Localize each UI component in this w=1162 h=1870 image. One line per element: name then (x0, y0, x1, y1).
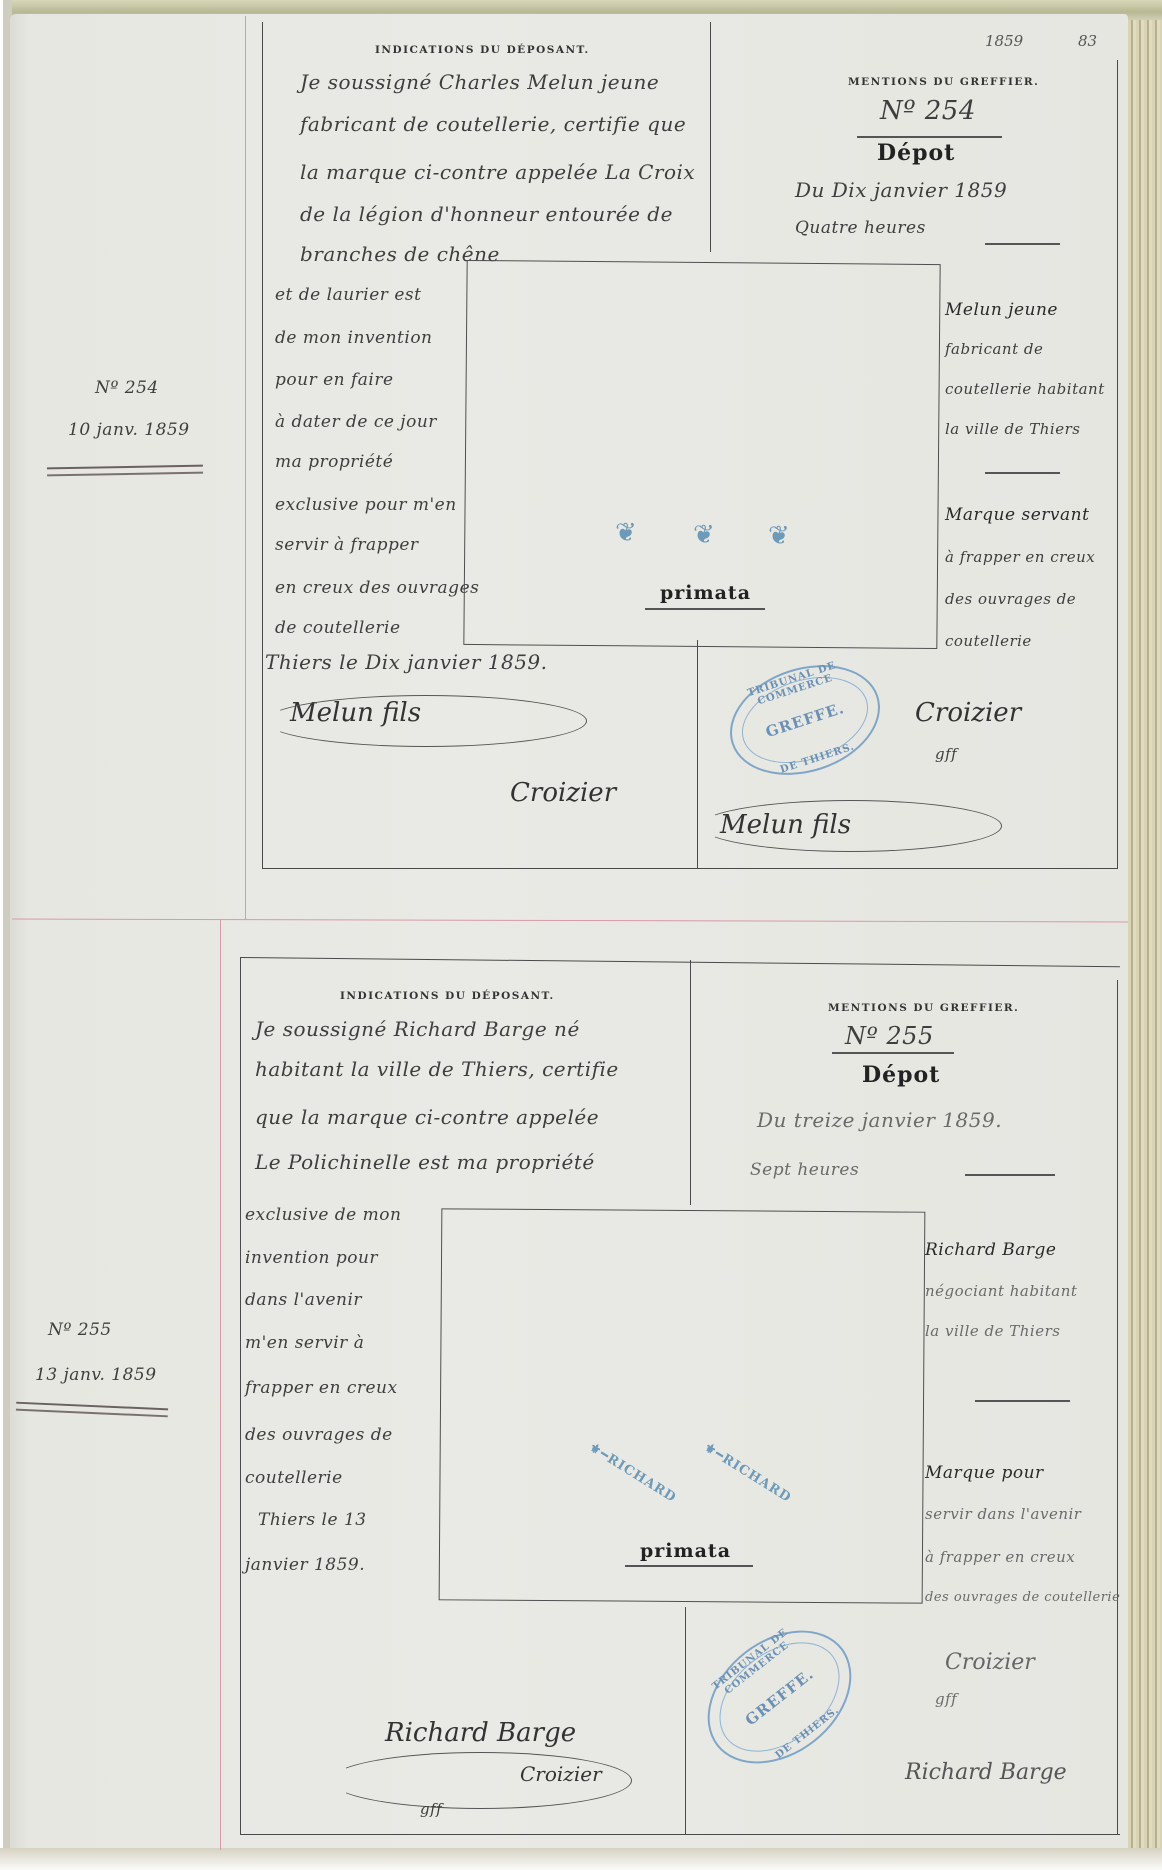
form-right-border (1117, 980, 1118, 1834)
depositor-countersignature: Richard Barge (905, 1760, 1067, 1785)
column-divider-bottom (697, 640, 698, 868)
greffier-depositor-line: la ville de Thiers (945, 420, 1080, 438)
deposant-line: des ouvrages de (245, 1425, 393, 1445)
margin-entry-date: 13 janv. 1859 (35, 1365, 157, 1385)
column-divider-top (690, 960, 691, 1205)
deposant-line: Je soussigné Richard Barge né (255, 1017, 580, 1041)
margin-entry-number: Nº 255 (48, 1320, 112, 1340)
greffier-number-rule (832, 1052, 954, 1054)
page-stack-edge (1128, 20, 1162, 1870)
clerk-initials: gff (935, 1690, 957, 1708)
deposant-line: Je soussigné Charles Melun jeune (300, 70, 659, 94)
deposant-line: de la légion d'honneur entourée de (300, 202, 673, 226)
deposant-line: habitant la ville de Thiers, certifie (255, 1057, 619, 1081)
greffier-mark-line: des ouvrages de coutellerie (925, 1590, 1120, 1605)
deposant-line: en creux des ouvrages (275, 578, 479, 598)
greffier-depositor-line: coutellerie habitant (945, 380, 1105, 398)
folio-year: 1859 (985, 32, 1023, 50)
greffier-section-rule (985, 472, 1060, 474)
margin-entry-number: Nº 254 (95, 378, 159, 398)
margin-entry-date: 10 janv. 1859 (68, 420, 190, 440)
wreath-mark-icon: ❦ (768, 523, 790, 549)
deposant-line: frapper en creux (245, 1378, 398, 1398)
deposant-line: que la marque ci-contre appelée (255, 1105, 599, 1129)
greffier-time: Quatre heures (795, 218, 926, 238)
greffier-date: Du treize janvier 1859. (757, 1108, 1002, 1132)
margin-rule-vertical-top (245, 16, 246, 920)
signature-flourish (265, 695, 587, 747)
column-divider-top (710, 22, 711, 252)
greffier-number: Nº 254 (880, 96, 976, 126)
mark-label-rule (625, 1565, 753, 1567)
deposant-place-date: Thiers le Dix janvier 1859. (265, 650, 548, 674)
deposant-line: servir à frapper (275, 535, 419, 555)
greffier-depositor-line: la ville de Thiers (925, 1322, 1060, 1340)
mark-label-rule (645, 608, 765, 610)
greffier-time-rule (985, 243, 1060, 245)
depositor-signature: Richard Barge (385, 1718, 576, 1748)
clerk-signature: Croizier (915, 698, 1021, 728)
folio-number: 83 (1078, 32, 1097, 50)
greffier-depositor-line: Richard Barge (925, 1240, 1056, 1260)
greffier-mark-line: à frapper en creux (925, 1548, 1075, 1566)
greffier-title: Dépot (862, 1062, 940, 1088)
deposant-line: de mon invention (275, 328, 433, 348)
deposant-line: la marque ci-contre appelée La Croix (300, 160, 695, 184)
deposant-line: de coutellerie (275, 618, 401, 638)
greffier-mark-line: Marque servant (945, 505, 1089, 525)
clerk-signature-lower: Croizier (520, 1762, 602, 1786)
form-left-border (240, 957, 241, 1834)
deposant-line: ma propriété (275, 452, 393, 472)
deposant-header: INDICATIONS DU DÉPOSANT. (375, 44, 590, 56)
greffier-section-rule (975, 1400, 1070, 1402)
greffier-mark-line: Marque pour (925, 1463, 1044, 1483)
clerk-signature: Croizier (945, 1650, 1035, 1675)
deposant-line: pour en faire (275, 370, 394, 390)
greffier-depositor-line: Melun jeune (945, 300, 1058, 320)
form-right-border (1117, 60, 1118, 868)
column-divider-bottom (685, 1607, 686, 1834)
deposant-line: dans l'avenir (245, 1290, 362, 1310)
deposant-line: Le Polichinelle est ma propriété (255, 1150, 595, 1174)
deposant-line: à dater de ce jour (275, 412, 437, 432)
greffier-mark-line: servir dans l'avenir (925, 1505, 1081, 1523)
greffier-number-rule (857, 136, 1002, 138)
wreath-mark-icon: ❦ (615, 520, 637, 546)
deposant-line: janvier 1859. (245, 1555, 365, 1575)
deposant-line: et de laurier est (275, 285, 421, 305)
deposant-line: Thiers le 13 (258, 1510, 367, 1530)
greffier-header: MENTIONS DU GREFFIER. (848, 76, 1039, 88)
clerk-initials: gff (935, 745, 957, 763)
greffier-time: Sept heures (750, 1160, 859, 1180)
signature-flourish (700, 800, 1002, 852)
clerk-initials-lower: gff (420, 1800, 442, 1818)
greffier-title: Dépot (877, 140, 955, 166)
deposant-line: m'en servir à (245, 1333, 364, 1353)
mark-label: primata (660, 582, 751, 604)
greffier-number: Nº 255 (845, 1022, 934, 1050)
greffier-time-rule (965, 1174, 1055, 1176)
clerk-signature-lower: Croizier (510, 778, 616, 808)
greffier-depositor-line: fabricant de (945, 340, 1043, 358)
deposant-header: INDICATIONS DU DÉPOSANT. (340, 990, 555, 1002)
deposant-line: invention pour (245, 1248, 378, 1268)
greffier-date: Du Dix janvier 1859 (795, 178, 1007, 202)
page-bottom-edge (0, 1848, 1162, 1870)
margin-rule-vertical-bottom (220, 920, 221, 1850)
deposant-line: coutellerie (245, 1468, 343, 1488)
greffier-header: MENTIONS DU GREFFIER. (828, 1002, 1019, 1014)
deposant-line: exclusive pour m'en (275, 495, 457, 515)
mark-label: primata (640, 1540, 731, 1562)
form-bottom-border (240, 1834, 1120, 1835)
form-bottom-border (262, 868, 1118, 869)
greffier-mark-line: des ouvrages de (945, 590, 1076, 608)
greffier-mark-line: à frapper en creux (945, 548, 1095, 566)
deposant-line: exclusive de mon (245, 1205, 401, 1225)
deposant-line: fabricant de coutellerie, certifie que (300, 112, 686, 136)
greffier-mark-line: coutellerie (945, 632, 1032, 650)
wreath-mark-icon: ❦ (693, 522, 715, 548)
form-left-border (262, 22, 263, 868)
greffier-depositor-line: négociant habitant (925, 1282, 1077, 1300)
